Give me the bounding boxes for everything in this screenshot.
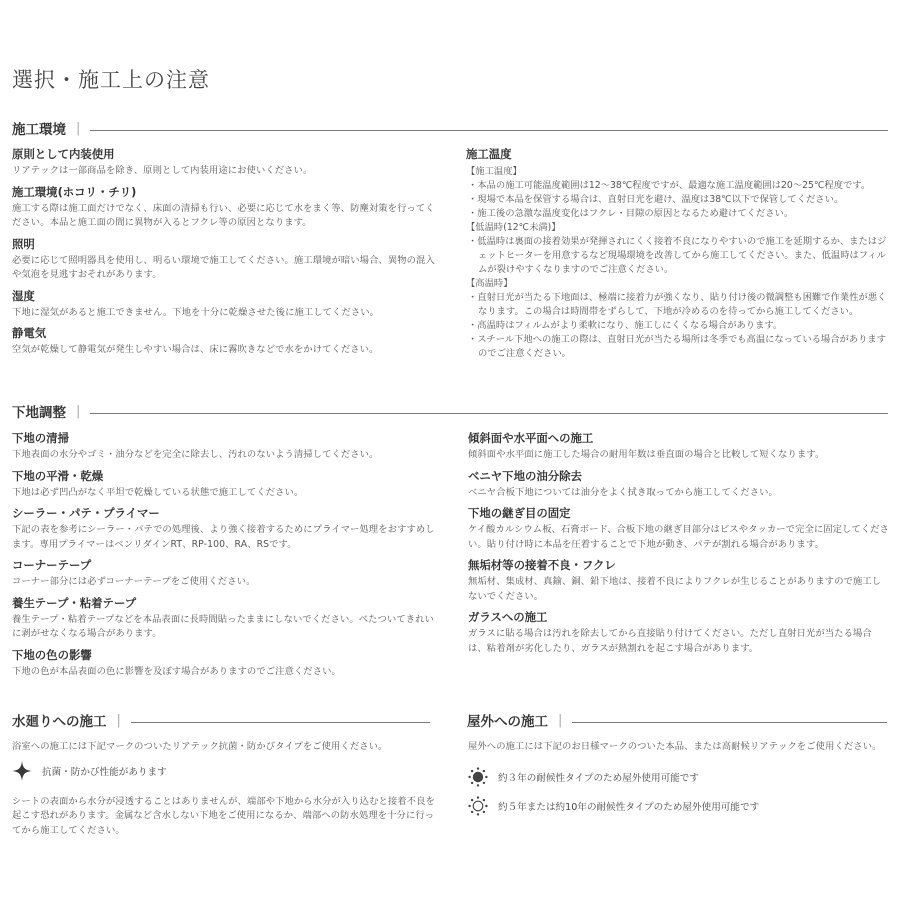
item-title: 下地の清掃 [12, 431, 437, 446]
item-title: 無垢材等の接着不良・フクレ [468, 558, 890, 573]
item-title: コーナーテープ [12, 558, 437, 573]
section-heading-substrate: 下地調整 | [12, 401, 888, 421]
item-title: ガラスへの施工 [468, 610, 890, 625]
bullet-item: ・本品の施工可能温度範囲は12～38℃程度ですが、最適な施工温度範囲は20～25… [466, 179, 890, 193]
bullet-item: ・施工後の急激な温度変化はフクレ・目隙の原因となるため避けてください。 [466, 207, 890, 221]
heading-separator: | [117, 713, 121, 728]
bullet-item: ・直射日光が当たる下地面は、極端に接着力が強くなり、貼り付け後の微調整も困難で作… [466, 291, 890, 319]
sun-filled-icon [468, 767, 488, 787]
item-title: 湿度 [12, 289, 437, 304]
item-title: 下地の平滑・乾燥 [12, 469, 437, 484]
item-title: 静電気 [12, 326, 437, 341]
bullet-item: ・スチール下地への施工の際は、直射日光が当たる場所は冬季でも高温になっている場合… [466, 333, 890, 361]
item-text: 下地表面の水分やゴミ・油分などを完全に除去し、汚れのないよう清掃してください。 [12, 448, 437, 463]
sun-outline-icon [468, 796, 488, 816]
divider [90, 130, 888, 131]
group-label: 【高温時】 [466, 277, 890, 291]
item-title: 施工環境(ホコリ・チリ) [12, 185, 437, 200]
item-text: 下地の色が本品表面の色に影響を及ぼす場合がありますのでご注意ください。 [12, 665, 437, 680]
section-heading-outdoor: 屋外への施工 | [467, 710, 887, 730]
intro-text: 浴室への施工には下記マークのついたリアテック抗菌・防かびタイプをご使用ください。 [12, 740, 437, 755]
divider [90, 413, 888, 414]
mark-label: 抗菌・防かび性能があります [42, 764, 167, 778]
item-text: 下地に湿気があると施工できません。下地を十分に乾燥させた後に施工してください。 [12, 306, 437, 321]
weather-mark-5-10yr: 約５年または約10年の耐候性タイプのため屋外使用可能です [468, 796, 890, 816]
antibacterial-mark: 抗菌・防かび性能があります [12, 761, 437, 781]
item-title: 下地の色の影響 [12, 648, 437, 663]
substrate-right-column: 傾斜面や水平面への施工 傾斜面や水平面に施工した場合の耐用年数は垂直面の場合と比… [468, 431, 890, 656]
item-text: 下記の表を参考にシーラー・パテでの処理後、より強く接着するためにプライマー処理を… [12, 523, 437, 552]
item-text: 無垢材、集成材、真鍮、銅、鉛下地は、接着不良によりフクレが生じることがありますの… [468, 575, 890, 604]
section-title: 下地調整 [12, 401, 66, 421]
item-text: ケイ酸カルシウム板、石膏ボード、合板下地の継ぎ目部分はビスやタッカーで完全に固定… [468, 523, 890, 552]
item-text: 養生テープ・粘着テープなどを本品表面に長時間貼ったままにしないでください。べたつ… [12, 613, 437, 642]
mark-label: 約５年または約10年の耐候性タイプのため屋外使用可能です [498, 799, 759, 813]
sparkle-icon [12, 761, 32, 781]
intro-text: 屋外への施工には下記のお日様マークのついた本品、または高耐候リアテックをご使用く… [468, 740, 890, 755]
group-label: 【低温時(12℃未満)】 [466, 221, 890, 235]
note-text: シートの表面から水分が浸透することはありませんが、端部や下地から水分が入り込むと… [12, 795, 437, 839]
section-title: 水廻りへの施工 [12, 710, 107, 730]
item-title: 養生テープ・粘着テープ [12, 596, 437, 611]
section-heading-environment: 施工環境 | [12, 118, 888, 138]
heading-separator: | [76, 121, 80, 136]
item-text: 傾斜面や水平面に施工した場合の耐用年数は垂直面の場合と比較して短くなります。 [468, 448, 890, 463]
bullet-item: ・低温時は裏面の接着効果が発揮されにくく接着不良になりやすいので施工を延期するか… [466, 235, 890, 277]
wet-areas-column: 浴室への施工には下記マークのついたリアテック抗菌・防かびタイプをご使用ください。… [12, 738, 437, 838]
item-title: 傾斜面や水平面への施工 [468, 431, 890, 446]
outdoor-column: 屋外への施工には下記のお日様マークのついた本品、または高耐候リアテックをご使用く… [468, 738, 890, 816]
item-text: 必要に応じて照明器具を使用し、明るい環境で施工してください。施工環境が暗い場合、… [12, 254, 437, 283]
item-title: ベニヤ下地の油分除去 [468, 469, 890, 484]
substrate-left-column: 下地の清掃 下地表面の水分やゴミ・油分などを完全に除去し、汚れのないよう清掃して… [12, 431, 437, 679]
item-text: 下地は必ず凹凸がなく平坦で乾燥している状態で施工してください。 [12, 486, 437, 501]
section-title: 施工環境 [12, 118, 66, 138]
weather-mark-3yr: 約３年の耐候性タイプのため屋外使用可能です [468, 767, 890, 787]
item-text: コーナー部分には必ずコーナーテープをご使用ください。 [12, 575, 437, 590]
bullet-item: ・高温時はフィルムがより柔軟になり、施工しにくくなる場合があります。 [466, 319, 890, 333]
item-title: 原則として内装使用 [12, 147, 437, 162]
item-text: 空気が乾燥して静電気が発生しやすい場合は、床に霧吹きなどで水をかけてください。 [12, 343, 437, 358]
section-heading-wet-areas: 水廻りへの施工 | [12, 710, 430, 730]
item-title: シーラー・パテ・プライマー [12, 506, 437, 521]
item-text: 施工する際は施工面だけでなく、床面の清掃も行い、必要に応じて水をまく等、防塵対策… [12, 202, 437, 231]
item-title: 下地の継ぎ目の固定 [468, 506, 890, 521]
section-title: 屋外への施工 [467, 710, 548, 730]
item-text: ガラスに貼る場合は汚れを除去してから直接貼り付けてください。ただし直射日光が当た… [468, 627, 890, 656]
item-text: リアテックは一部商品を除き、原則として内装用途にお使いください。 [12, 164, 437, 179]
page-title: 選択・施工上の注意 [12, 64, 210, 94]
item-text: ベニヤ合板下地については油分をよく拭き取ってから施工してください。 [468, 486, 890, 501]
heading-separator: | [76, 404, 80, 419]
group-label: 【施工温度】 [466, 165, 890, 179]
item-title: 照明 [12, 237, 437, 252]
item-title: 施工温度 [466, 147, 890, 162]
environment-left-column: 原則として内装使用 リアテックは一部商品を除き、原則として内装用途にお使いくださ… [12, 147, 437, 358]
divider [131, 722, 430, 723]
temperature-column: 施工温度 【施工温度】 ・本品の施工可能温度範囲は12～38℃程度ですが、最適な… [466, 147, 890, 361]
heading-separator: | [558, 713, 562, 728]
bullet-item: ・現場で本品を保管する場合は、直射日光を避け、温度は38℃以下で保管してください… [466, 193, 890, 207]
divider [572, 722, 887, 723]
mark-label: 約３年の耐候性タイプのため屋外使用可能です [498, 770, 699, 784]
